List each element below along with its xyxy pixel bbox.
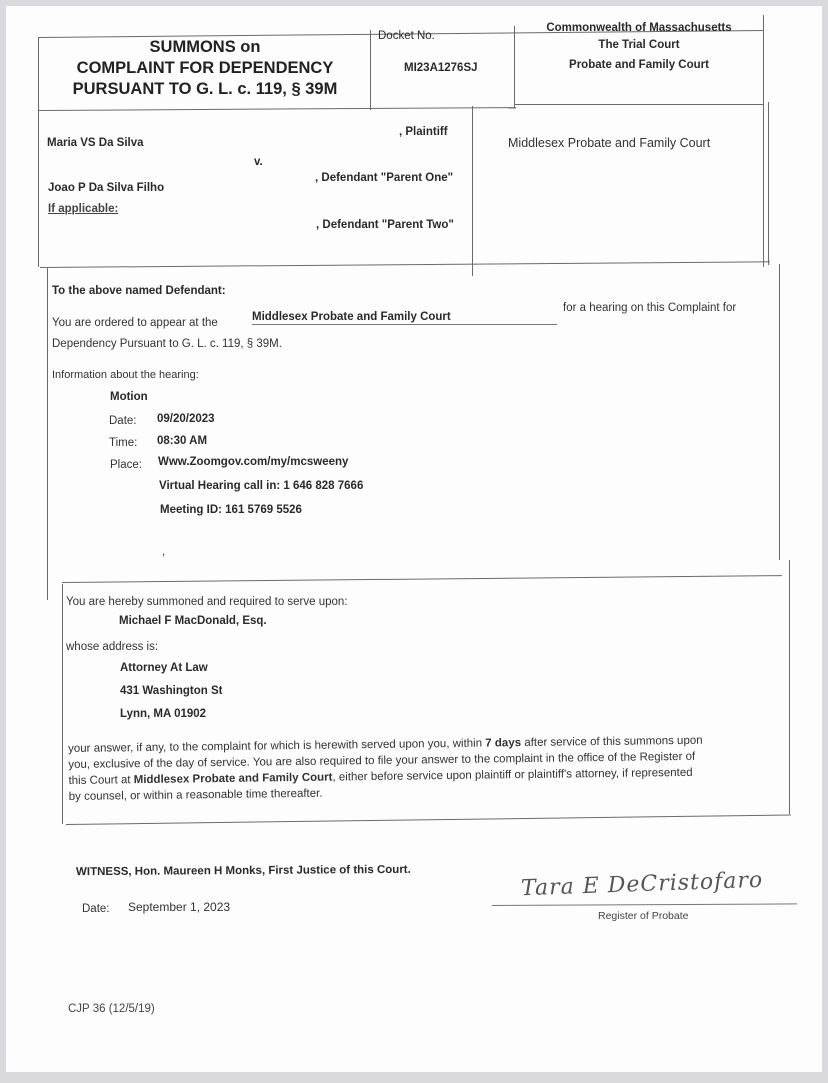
register-court: Middlesex Probate and Family Court: [134, 772, 333, 787]
appear-prefix: You are ordered to appear at the: [52, 317, 218, 329]
hearing-place-url: Www.Zoomgov.com/my/mcsweeny: [158, 456, 348, 468]
hearing-info-label: Information about the hearing:: [52, 369, 199, 381]
appear-court-field: Middlesex Probate and Family Court: [252, 311, 557, 325]
para-line-1-end: after service of this summons upon: [521, 735, 703, 749]
para-line-3-end: , either before service upon plaintiff o…: [332, 767, 692, 784]
service-paragraph: your answer, if any, to the complaint fo…: [68, 732, 789, 805]
title-line-1: SUMMONS on: [40, 37, 370, 58]
defendant-one-role: , Defendant "Parent One": [315, 172, 453, 184]
address-line-2: 431 Washington St: [120, 685, 222, 697]
hearing-meeting-id: Meeting ID: 161 5769 5526: [160, 504, 302, 516]
jurisdiction-division: Probate and Family Court: [518, 57, 760, 74]
signature-caption: Register of Probate: [598, 910, 688, 922]
plaintiff-role: , Plaintiff: [399, 126, 448, 138]
docket-label: Docket No.: [378, 30, 435, 42]
hearing-date-label: Date:: [109, 415, 137, 427]
defendant-one-name: Joao P Da Silva Filho: [48, 182, 164, 194]
hearing-call-in: Virtual Hearing call in: 1 646 828 7666: [159, 480, 363, 492]
witness-line: WITNESS, Hon. Maureen H Monks, First Jus…: [76, 864, 411, 878]
form-id: CJP 36 (12/5/19): [68, 1003, 155, 1015]
address-label: whose address is:: [66, 641, 158, 653]
docket-number: MI23A1276SJ: [404, 62, 478, 74]
defendant-two-role: , Defendant "Parent Two": [316, 219, 454, 231]
address-line-3: Lynn, MA 01902: [120, 708, 206, 720]
jurisdiction-block: Commonwealth of Massachusetts The Trial …: [518, 20, 760, 74]
hearing-type: Motion: [110, 391, 148, 403]
hearing-place-label: Place:: [110, 459, 142, 471]
hearing-date: 09/20/2023: [157, 413, 215, 425]
versus-label: v.: [254, 156, 263, 168]
register-signature: Tara E DeCristofaro: [521, 868, 764, 901]
issue-date-label: Date:: [82, 903, 110, 915]
attorney-name: Michael F MacDonald, Esq.: [119, 615, 267, 627]
appear-line-2: Dependency Pursuant to G. L. c. 119, § 3…: [52, 338, 282, 350]
order-heading: To the above named Defendant:: [52, 285, 226, 297]
issue-date: September 1, 2023: [128, 900, 230, 914]
para-line-3: this Court at: [68, 774, 133, 787]
hearing-time: 08:30 AM: [157, 435, 207, 447]
plaintiff-name: Maria VS Da Silva: [47, 137, 144, 149]
stray-mark: ,: [162, 546, 165, 558]
jurisdiction-trial-court: The Trial Court: [518, 37, 760, 54]
service-intro: You are hereby summoned and required to …: [66, 596, 348, 608]
court-name: Middlesex Probate and Family Court: [508, 136, 710, 150]
title-line-2: COMPLAINT FOR DEPENDENCY: [40, 58, 370, 79]
address-line-1: Attorney At Law: [120, 662, 208, 674]
appear-suffix: for a hearing on this Complaint for: [563, 302, 736, 314]
document-page: SUMMONS on COMPLAINT FOR DEPENDENCY PURS…: [6, 6, 822, 1072]
jurisdiction-commonwealth: Commonwealth of Massachusetts: [518, 20, 760, 37]
document-title: SUMMONS on COMPLAINT FOR DEPENDENCY PURS…: [40, 37, 370, 100]
answer-deadline: 7 days: [485, 737, 521, 749]
hearing-time-label: Time:: [109, 437, 137, 449]
if-applicable-label: If applicable:: [48, 203, 118, 215]
title-line-3: PURSUANT TO G. L. c. 119, § 39M: [40, 79, 370, 100]
